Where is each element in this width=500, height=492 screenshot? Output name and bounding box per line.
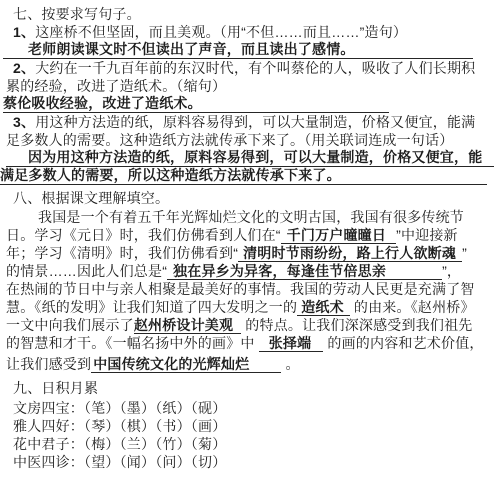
item-2-prompt-cont: 累的经验，改进了造纸术。（缩句） — [6, 78, 226, 96]
text-segment: 八、根据课文理解填空。 — [13, 190, 169, 206]
list-item: 花中君子：（梅）（兰）（竹）（菊） — [13, 436, 226, 454]
text-segment: 这座桥不但坚固，而且美观。（用“不但……而且……”造句） — [35, 24, 407, 40]
paragraph-line: 年；学习《清明》时，我们仿佛看到“清明时节雨纷纷，路上行人欲断魂” — [6, 245, 467, 263]
text-segment: ”中迎接新 — [396, 227, 458, 243]
text-segment: 中医四诊：（望）（闻）（问）（切） — [13, 454, 226, 470]
text-segment: 2、 — [13, 60, 35, 76]
paragraph-line: 让我们感受到中国传统文化的光辉灿烂 。 — [6, 356, 300, 374]
item-2-prompt: 2、大约在一千九百年前的东汉时代，有个叫蔡伦的人，吸收了人们长期积 — [13, 60, 475, 78]
answer-blank: 造纸术 — [297, 299, 350, 316]
item-1-answer: 老师朗读课文时不但读出了声音，而且读出了感情。 — [3, 41, 473, 59]
text-segment: 。 — [281, 356, 299, 372]
text-segment: 日。学习《元日》时，我们仿佛看到人们在“ — [6, 227, 281, 243]
answer-blank: 赵州桥设计美观 — [134, 317, 241, 334]
text-segment: 花中君子：（梅）（兰）（竹）（菊） — [13, 436, 226, 452]
text-segment: 蔡伦吸收经验，改进了造纸术。 — [3, 95, 202, 111]
text-segment: 七、按要求写句子。 — [13, 6, 141, 22]
paragraph-line: 日。学习《元日》时，我们仿佛看到人们在“千门万户曈曈日”中迎接新 — [6, 227, 458, 245]
text-segment: 的特点。让我们深深感受到我们祖先 — [241, 317, 472, 333]
paragraph-line: 我国是一个有着五千年光辉灿烂文化的文明古国，我国有很多传统节 — [38, 209, 464, 227]
paragraph-line: 慧。《纸的发明》让我们知道了四大发明之一的造纸术 的由来。《赵州桥》 — [6, 299, 475, 317]
text-segment: 的智慧和才干。《一幅名扬中外的画》中 — [6, 335, 259, 351]
text-segment: 在热闹的节日中与亲人相聚是最美好的事情。我国的劳动人民更是充满了智 — [6, 281, 475, 297]
text-segment: 慧。《纸的发明》让我们知道了四大发明之一的 — [6, 299, 297, 315]
text-segment: 雅人四好：（琴）（棋）（书）（画） — [13, 418, 226, 434]
text-segment: 因为用这种方法造的纸，原料容易得到，可以大量制造，价格又便宜，能 — [28, 149, 482, 165]
text-segment: 九、日积月累 — [13, 380, 98, 396]
text-segment: 累的经验，改进了造纸术。（缩句） — [6, 78, 226, 94]
list-item: 中医四诊：（望）（闻）（问）（切） — [13, 454, 226, 472]
answer-blank: 千门万户曈曈日 — [281, 227, 396, 244]
list-item: 雅人四好：（琴）（棋）（书）（画） — [13, 418, 226, 436]
item-3-answer-cont: 满足多数人的需要，所以这种造纸方法就传承下来了。 — [0, 167, 487, 185]
answer-blank: 张择端 — [259, 335, 324, 352]
text-segment: 年；学习《清明》时，我们仿佛看到“ — [6, 245, 238, 261]
answer-blank: 独在异乡为异客，每逢佳节倍思亲 — [167, 263, 442, 280]
text-segment: 文房四宝：（笔）（墨）（纸）（砚） — [13, 400, 226, 416]
item-3-prompt-cont: 足多数人的需要。这种造纸方法就传承下来了。（用关联词连成一句话） — [6, 132, 453, 150]
document-page: 七、按要求写句子。1、这座桥不但坚固，而且美观。（用“不但……而且……”造句）老… — [0, 0, 500, 492]
text-segment: ”， — [442, 263, 461, 279]
text-segment: ” — [462, 245, 467, 261]
paragraph-line: 的情景……因此人们总是“独在异乡为异客，每逢佳节倍思亲”， — [6, 263, 461, 281]
text-segment: 用这种方法造的纸，原料容易得到，可以大量制造，价格又便宜，能满 — [35, 114, 475, 130]
answer-blank: 中国传统文化的光辉灿烂 — [91, 356, 281, 373]
text-segment: 让我们感受到 — [6, 356, 91, 372]
paragraph-line: 在热闹的节日中与亲人相聚是最美好的事情。我国的劳动人民更是充满了智 — [6, 281, 475, 299]
list-item: 文房四宝：（笔）（墨）（纸）（砚） — [13, 400, 226, 418]
text-segment: 大约在一千九百年前的东汉时代，有个叫蔡伦的人，吸收了人们长期积 — [35, 60, 475, 76]
section-8-heading: 八、根据课文理解填空。 — [13, 190, 169, 208]
item-2-answer: 蔡伦吸收经验，改进了造纸术。 — [3, 95, 389, 113]
item-3-answer: 因为用这种方法造的纸，原料容易得到，可以大量制造，价格又便宜，能 — [6, 149, 494, 167]
text-segment: 的画的内容和艺术价值， — [323, 335, 483, 351]
item-1-prompt: 1、这座桥不但坚固，而且美观。（用“不但……而且……”造句） — [13, 24, 407, 42]
text-segment: 1、 — [13, 24, 35, 40]
text-segment: 足多数人的需要。这种造纸方法就传承下来了。（用关联词连成一句话） — [6, 132, 453, 148]
text-segment: 的情景……因此人们总是“ — [6, 263, 167, 279]
section-9-heading: 九、日积月累 — [13, 380, 98, 398]
text-segment: 我国是一个有着五千年光辉灿烂文化的文明古国，我国有很多传统节 — [38, 209, 464, 225]
answer-blank: 清明时节雨纷纷，路上行人欲断魂 — [238, 245, 462, 262]
text-segment: 满足多数人的需要，所以这种造纸方法就传承下来了。 — [0, 167, 341, 183]
item-3-prompt: 3、用这种方法造的纸，原料容易得到，可以大量制造，价格又便宜，能满 — [13, 114, 475, 132]
text-segment: 老师朗读课文时不但读出了声音，而且读出了感情。 — [28, 41, 355, 57]
paragraph-line: 的智慧和才干。《一幅名扬中外的画》中 张择端 的画的内容和艺术价值， — [6, 335, 484, 353]
text-segment: 的由来。《赵州桥》 — [350, 299, 475, 315]
text-segment: 一文中向我们展示了 — [6, 317, 134, 333]
paragraph-line: 一文中向我们展示了赵州桥设计美观 的特点。让我们深深感受到我们祖先 — [6, 317, 473, 335]
text-segment: 3、 — [13, 114, 35, 130]
section-7-heading: 七、按要求写句子。 — [13, 6, 141, 24]
